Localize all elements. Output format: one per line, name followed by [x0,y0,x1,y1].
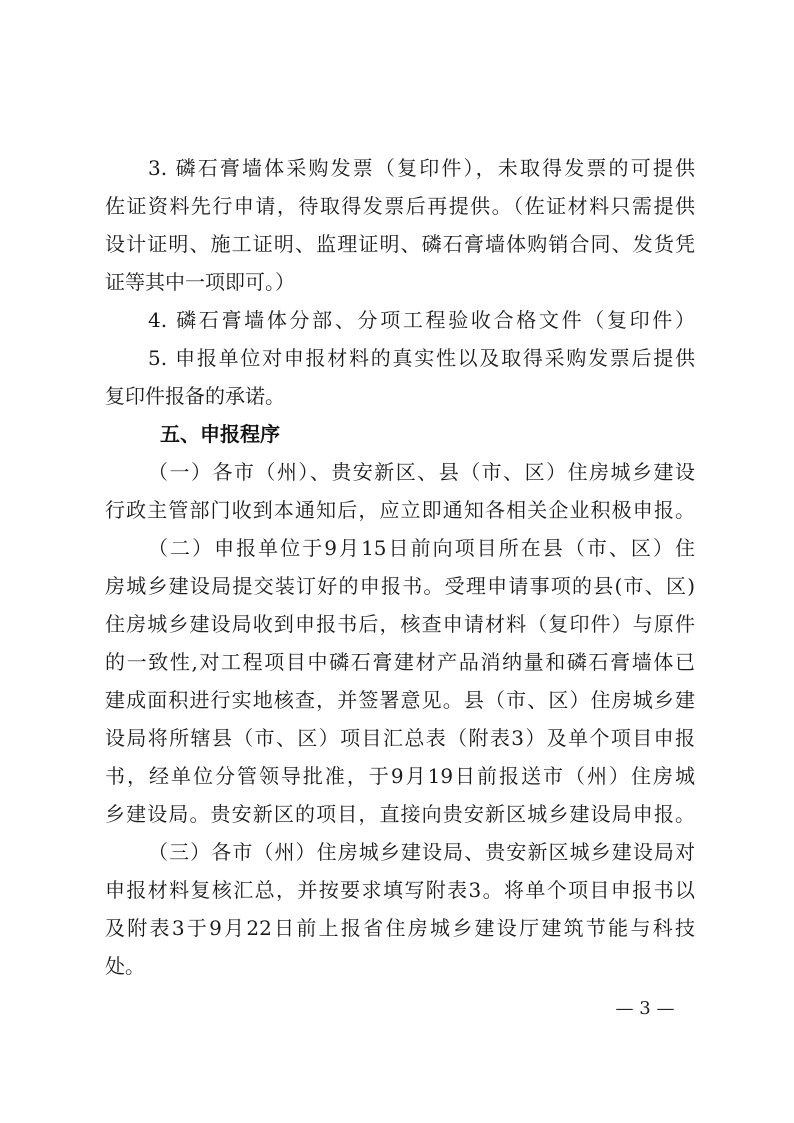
paragraph-line: 及附表3于9月22日前上报省住房城乡建设厅建筑节能与科技 [105,916,695,940]
page-number: — 3 — [600,998,690,1019]
paragraph-line: 处。 [105,954,695,978]
paragraph-line: （三）各市（州）住房城乡建设局、贵安新区城乡建设局对 [148,840,695,864]
paragraph-line: 设局将所辖县（市、区）项目汇总表（附表3）及单个项目申报 [105,726,695,750]
paragraph-line: （一）各市（州）、贵安新区、县（市、区）住房城乡建设 [148,460,695,484]
paragraph-line: 5. 申报单位对申报材料的真实性以及取得采购发票后提供 [148,346,695,370]
paragraph-line: 3. 磷石膏墙体采购发票（复印件），未取得发票的可提供 [148,156,695,180]
paragraph-line: 4. 磷石膏墙体分部、分项工程验收合格文件（复印件） [148,308,695,332]
paragraph-line: 住房城乡建设局收到申报书后，核查申请材料（复印件）与原件 [105,612,695,636]
paragraph-line: 佐证资料先行申请，待取得发票后再提供。（佐证材料只需提供 [105,194,695,218]
paragraph-line: 设计证明、施工证明、监理证明、磷石膏墙体购销合同、发货凭 [105,232,695,256]
paragraph-line: 建成面积进行实地核查，并签署意见。县（市、区）住房城乡建 [105,688,695,712]
paragraph-line: 行政主管部门收到本通知后，应立即通知各相关企业积极申报。 [105,498,695,522]
paragraph-line: （二）申报单位于9月15日前向项目所在县（市、区）住 [148,536,695,560]
paragraph-line: 复印件报备的承诺。 [105,384,695,408]
section-heading: 五、申报程序 [160,422,280,446]
paragraph-line: 书，经单位分管领导批准，于9月19日前报送市（州）住房城 [105,764,695,788]
paragraph-line: 乡建设局。贵安新区的项目，直接向贵安新区城乡建设局申报。 [105,802,695,826]
paragraph-line: 的一致性,对工程项目中磷石膏建材产品消纳量和磷石膏墙体已 [105,650,695,674]
document-page: 3. 磷石膏墙体采购发票（复印件），未取得发票的可提供 佐证资料先行申请，待取得… [0,0,794,1123]
paragraph-line: 房城乡建设局提交装订好的申报书。受理申请事项的县(市、区) [105,574,695,598]
paragraph-line: 证等其中一项即可。） [105,270,695,294]
paragraph-line: 申报材料复核汇总，并按要求填写附表3。将单个项目申报书以 [105,878,695,902]
